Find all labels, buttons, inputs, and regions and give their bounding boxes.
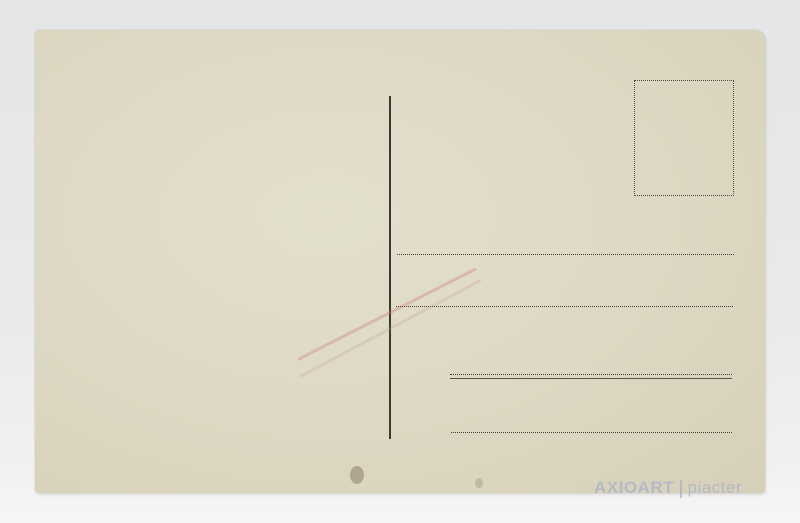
watermark-logo: AXIOARTpiacter xyxy=(594,478,742,498)
address-line-4 xyxy=(451,432,732,433)
stain-spot xyxy=(350,466,364,484)
pencil-mark-stroke xyxy=(297,267,477,360)
address-line-1 xyxy=(397,254,734,255)
pencil-mark-stroke xyxy=(299,279,481,378)
postcard-divider-line xyxy=(389,96,391,439)
stamp-placeholder-box xyxy=(634,80,734,196)
watermark-brand: AXIOART xyxy=(594,478,674,497)
watermark-separator xyxy=(680,480,682,498)
address-line-2 xyxy=(396,306,733,307)
watermark-sub: piacter xyxy=(688,478,743,497)
postcard xyxy=(35,30,765,493)
stain-spot xyxy=(475,478,483,488)
address-line-3-underline xyxy=(450,378,732,379)
address-line-3 xyxy=(450,374,732,375)
